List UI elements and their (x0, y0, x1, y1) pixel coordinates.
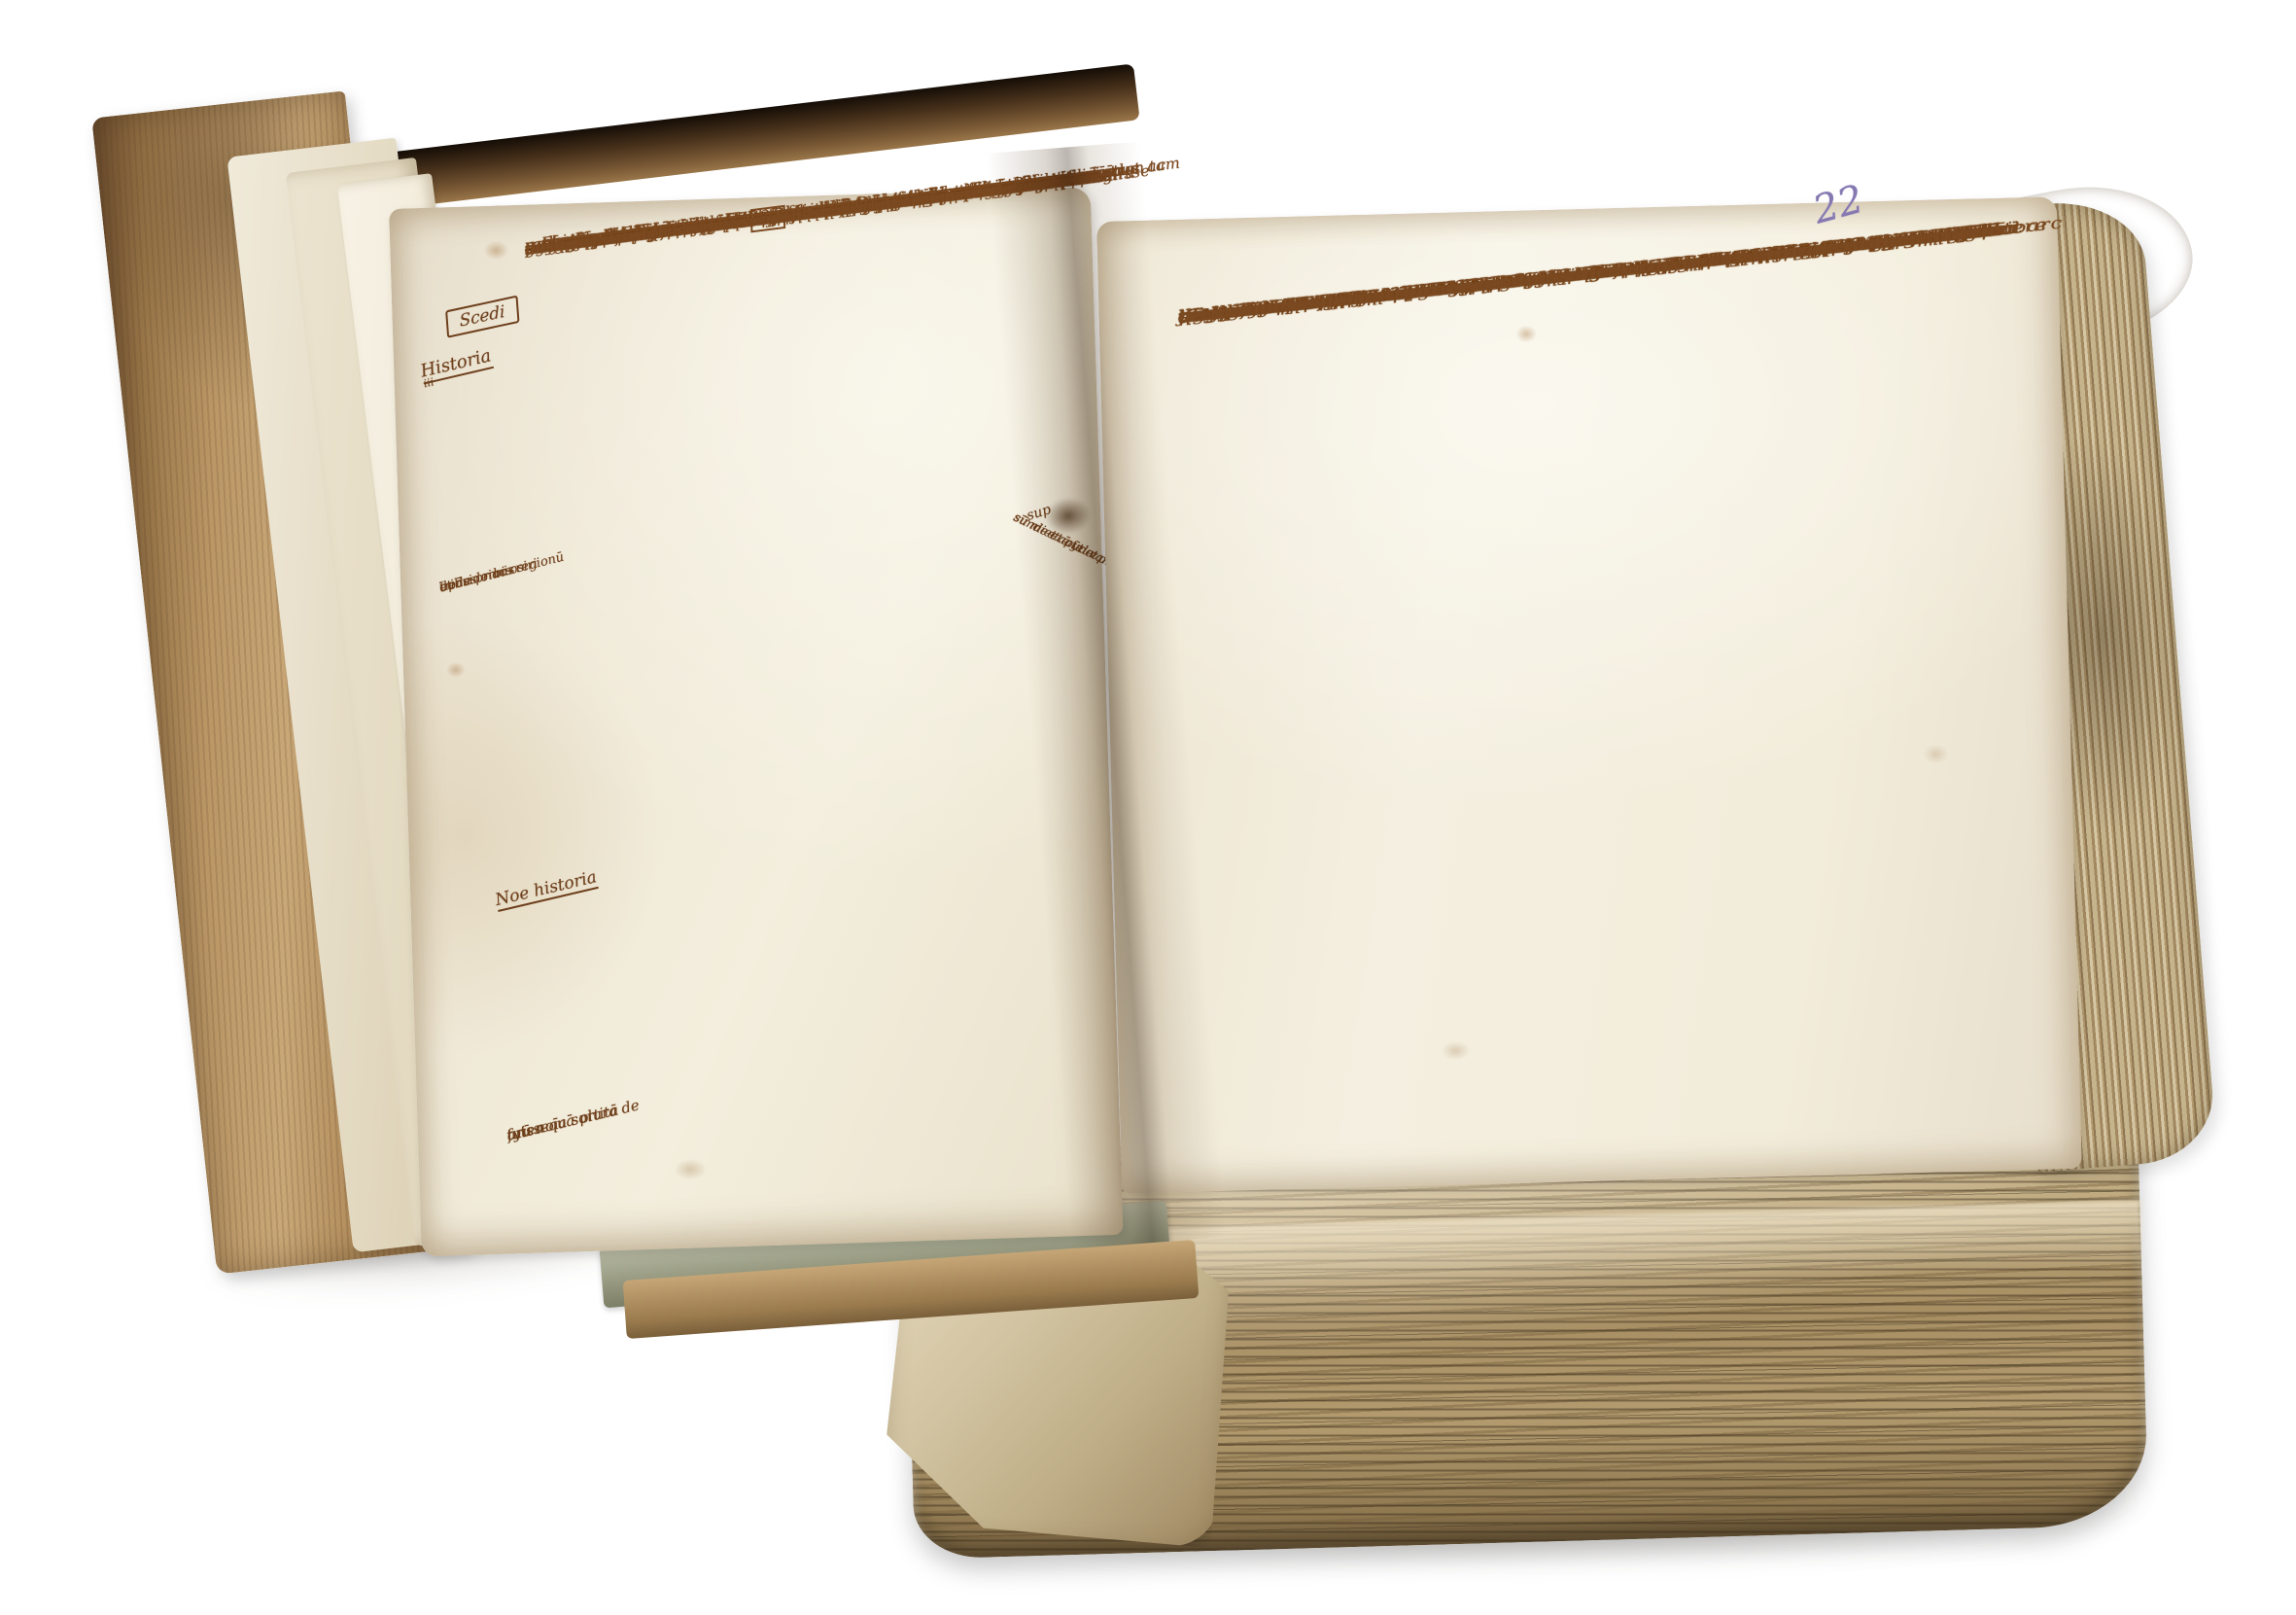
right-page-text: dices capitolij saturnum opidulum saturn… (1177, 215, 2047, 308)
margin-note-historia-numeral: iii (423, 379, 435, 387)
manuscript-photo: Scedi Historia iii de iside ac osiriet d… (0, 0, 2296, 1615)
left-page: Scedi Historia iii de iside ac osiriet d… (389, 187, 1124, 1256)
manuscript-line: ī pr̄ (438, 576, 464, 596)
margin-note-noe-historia: Noe historia (494, 867, 600, 912)
folio-number-22: 22 (1809, 177, 1868, 233)
manuscript-line: fuisse (504, 1117, 550, 1145)
margin-note-boxed: Scedi (445, 296, 519, 338)
insertion-mark: sup (1025, 502, 1053, 524)
margin-note-historia: Historia iii (419, 345, 494, 384)
margin-note-tytea: tytea quā plura dearū noīa sortitāfuisse (504, 1085, 684, 1127)
right-page: 22 dices capitolij saturnum opidulum sat… (1096, 196, 2082, 1194)
manuscript-line: regnū possederant procedendo vz tubal· y… (1177, 220, 2006, 328)
margin-note-iside: de iside ac osiriet de primistribus orbi… (438, 541, 599, 581)
